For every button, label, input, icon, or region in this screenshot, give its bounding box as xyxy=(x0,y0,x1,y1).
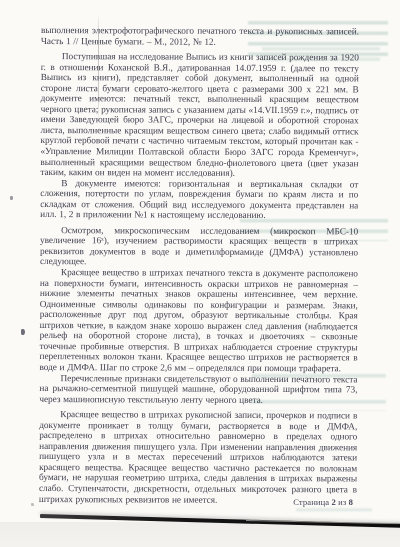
footer-of-word: из xyxy=(338,497,346,507)
document-paragraph: Осмотром, микроскопическим исследованием… xyxy=(40,226,358,270)
ink-speck xyxy=(31,503,34,506)
document-paragraph: Красящее вещество в штрихах рукописной з… xyxy=(39,410,357,506)
page-footer: Страница 2 из 8 xyxy=(293,497,353,507)
ink-speck xyxy=(21,329,25,335)
document-paragraph: В документе имеются: горизонтальная и ве… xyxy=(40,179,358,223)
ink-speck xyxy=(10,196,13,200)
document-paragraph: Красящее вещество в штрихах печатного те… xyxy=(39,268,357,375)
document-paragraph: выполнения электрофотографического печат… xyxy=(41,26,359,48)
document-text-block: выполнения электрофотографического печат… xyxy=(39,26,359,506)
footer-current-page: 2 xyxy=(331,497,335,507)
footer-page-word: Страница xyxy=(293,497,329,507)
document-paragraph: Перечисленные признаки свидетельствуют о… xyxy=(39,373,357,406)
scanned-document-page: выполнения электрофотографического печат… xyxy=(0,0,400,547)
bleed-through-artifact xyxy=(296,508,372,514)
scanner-background xyxy=(0,522,400,547)
document-paragraph: Поступившая на исследование Выпись из кн… xyxy=(40,52,359,180)
footer-total-pages: 8 xyxy=(349,497,353,507)
